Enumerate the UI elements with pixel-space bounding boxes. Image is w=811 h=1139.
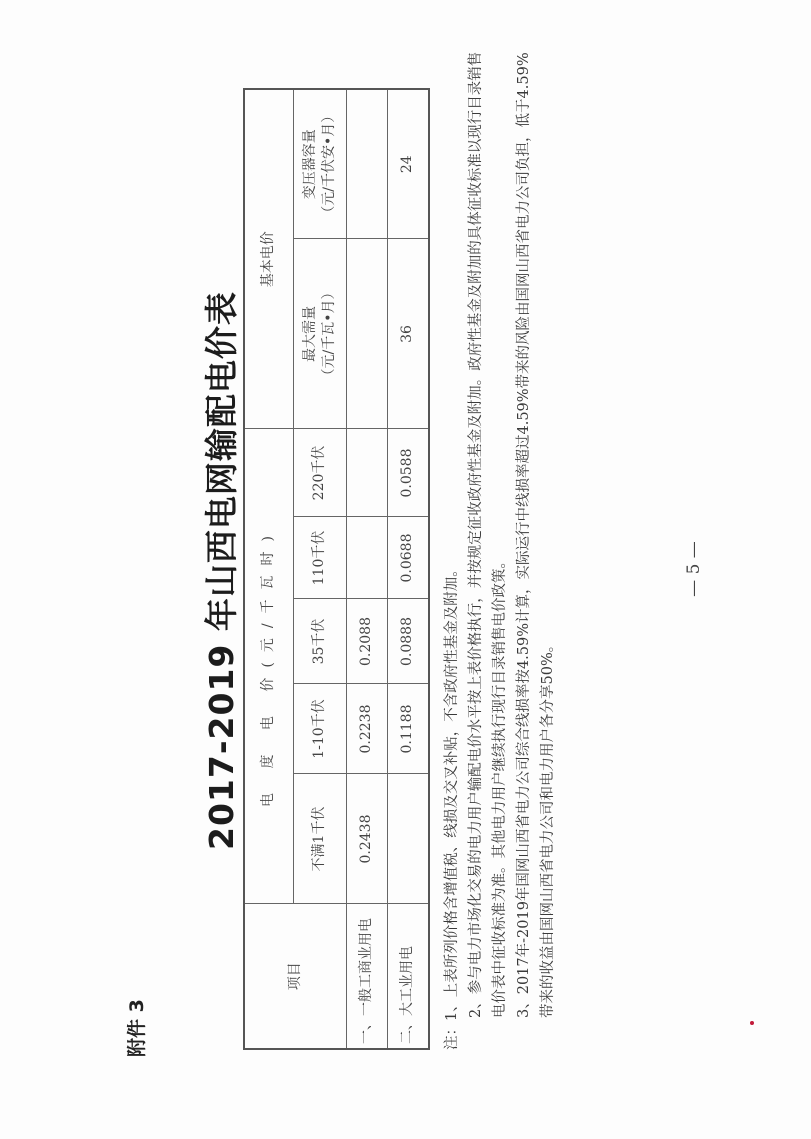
header-energy-price: 电 度 电 价(元/千瓦时): [244, 429, 293, 904]
cell-transformer-capacity: [346, 89, 387, 239]
cell-energy-price: 0.2238: [346, 684, 387, 774]
header-item: 项目: [244, 904, 346, 1049]
cell-energy-price: [346, 429, 387, 517]
header-capacity-label: 变压器容量: [301, 90, 320, 239]
note-1: 注：1、上表所列价格含增值税、线损及交叉补贴，不含政府性基金及附加。: [440, 40, 464, 1050]
row-item: 一、一般工商业用电: [346, 904, 387, 1049]
attachment-label: 附件 3: [122, 999, 149, 1057]
cell-energy-price: [346, 517, 387, 599]
document-page: 附件 3 2017-2019 年山西电网输配电价表 项目 电 度 电 价(元/千…: [0, 0, 811, 1139]
cell-energy-price: [387, 774, 429, 904]
tariff-table: 项目 电 度 电 价(元/千瓦时) 基本电价 不满1千伏 1-10千伏 35千伏…: [243, 88, 430, 1050]
header-voltage: 220千伏: [293, 429, 346, 517]
row-item: 二、大工业用电: [387, 904, 429, 1049]
cell-energy-price: 0.2088: [346, 599, 387, 684]
header-voltage: 110千伏: [293, 517, 346, 599]
page-number: — 5 —: [684, 519, 704, 619]
header-row-group: 项目 电 度 电 价(元/千瓦时) 基本电价: [244, 89, 293, 1049]
cell-max-demand: [346, 239, 387, 429]
cell-energy-price: 0.2438: [346, 774, 387, 904]
header-capacity-unit: （元/千伏安•月）: [320, 90, 339, 239]
cell-max-demand: 36: [387, 239, 429, 429]
header-max-demand-label: 最大需量: [301, 239, 320, 428]
table-row: 二、大工业用电 0.1188 0.0888 0.0688 0.0588 36 2…: [387, 89, 429, 1049]
header-max-demand-unit: （元/千瓦•月）: [320, 239, 339, 428]
header-voltage: 35千伏: [293, 599, 346, 684]
notes-section: 注：1、上表所列价格含增值税、线损及交叉补贴，不含政府性基金及附加。 2、参与电…: [440, 40, 560, 1050]
cell-energy-price: 0.1188: [387, 684, 429, 774]
notes-prefix: 注：: [444, 1021, 460, 1050]
header-transformer-capacity: 变压器容量 （元/千伏安•月）: [293, 89, 346, 239]
note-2: 2、参与电力市场化交易的电力用户输配电价水平按上表价格执行，并按规定征收政府性基…: [464, 40, 512, 1050]
cell-energy-price: 0.0588: [387, 429, 429, 517]
cell-transformer-capacity: 24: [387, 89, 429, 239]
note-3: 3、2017年-2019年国网山西省电力公司综合线损率按4.59%计算，实际运行…: [512, 40, 560, 1050]
header-basic-price: 基本电价: [244, 89, 293, 429]
table-row: 一、一般工商业用电 0.2438 0.2238 0.2088: [346, 89, 387, 1049]
red-ink-mark: [750, 1021, 754, 1025]
cell-energy-price: 0.0688: [387, 517, 429, 599]
header-voltage: 不满1千伏: [293, 774, 346, 904]
header-max-demand: 最大需量 （元/千瓦•月）: [293, 239, 346, 429]
header-voltage: 1-10千伏: [293, 684, 346, 774]
page-title: 2017-2019 年山西电网输配电价表: [196, 298, 243, 850]
cell-energy-price: 0.0888: [387, 599, 429, 684]
